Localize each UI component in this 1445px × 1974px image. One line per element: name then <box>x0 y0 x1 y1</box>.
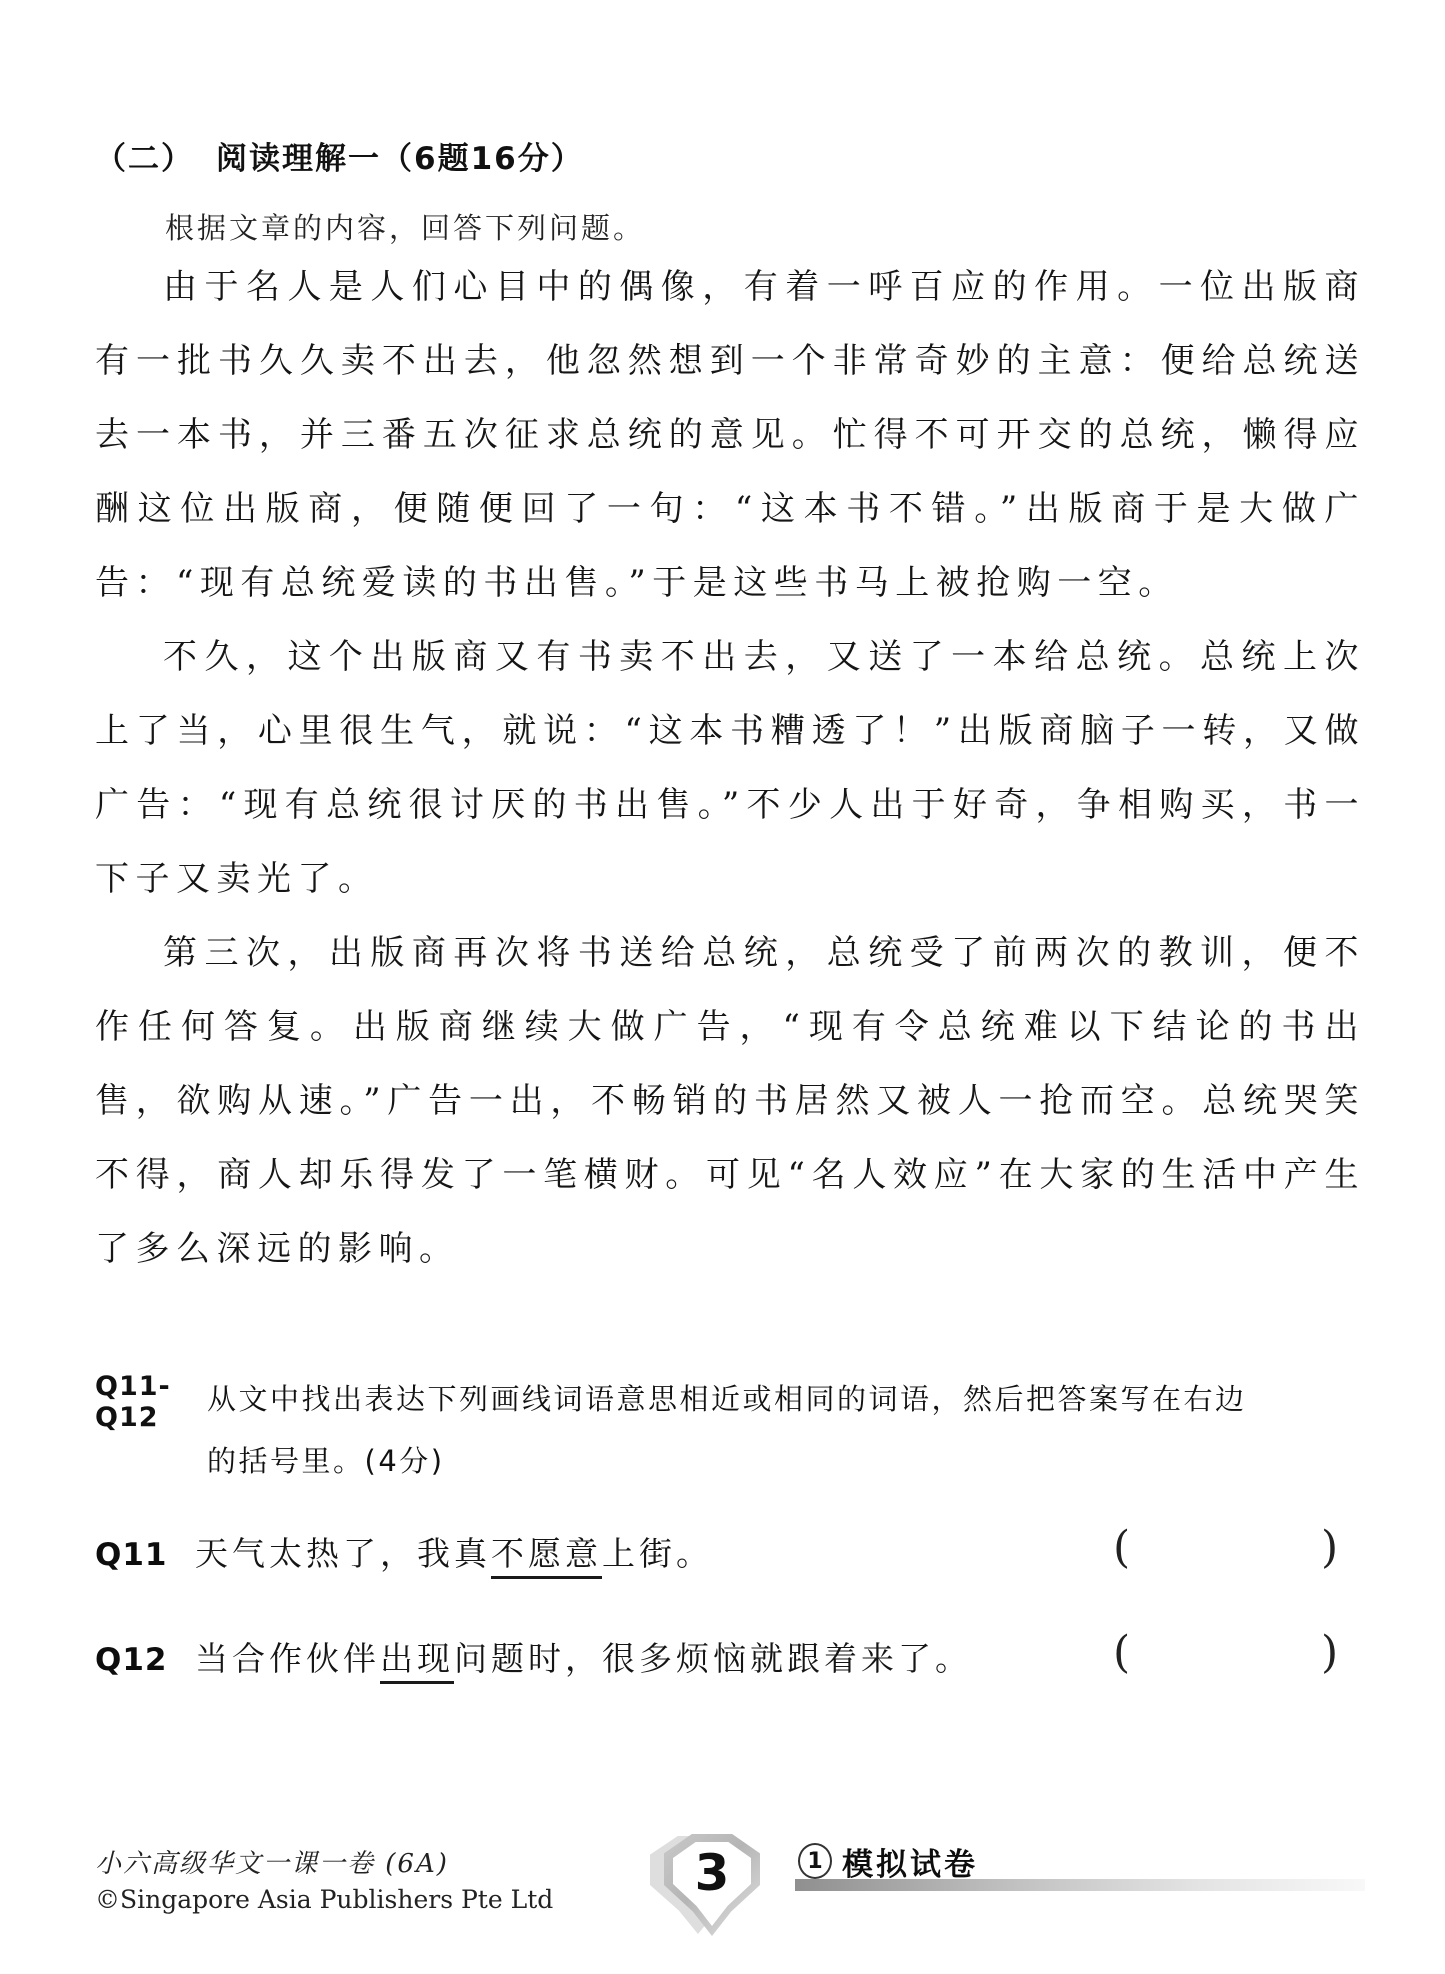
q11-underlined-word: 不愿意 <box>491 1534 602 1579</box>
section-instruction: 根据文章的内容，回答下列问题。 <box>165 206 645 247</box>
passage-paragraph: 不久，这个出版商又有书卖不出去，又送了一本给总统。总统上次上了当，心里很生气，就… <box>95 620 1365 916</box>
section-title: 阅读理解一（6题16分） <box>216 133 584 178</box>
q11-text-prefix: 天气太热了，我真 <box>195 1534 491 1573</box>
booklet-label: 模拟试卷 <box>842 1839 978 1884</box>
footer-series-title: 小六高级华文一课一卷 (6A) <box>95 1846 553 1882</box>
exam-page: { "document": { "section": { "label": "（… <box>0 0 1445 1974</box>
question-group-label: Q11-Q12 <box>95 1368 207 1433</box>
q12-answer-bracket-open: ( <box>1113 1627 1130 1678</box>
question-group-text-line2: 的括号里。(4分) <box>207 1430 1247 1492</box>
section-header: （二） 阅读理解一（6题16分） <box>95 133 584 178</box>
q12-text-suffix: 问题时，很多烦恼就跟着来了。 <box>454 1639 972 1678</box>
q11-answer-bracket-open: ( <box>1113 1522 1130 1573</box>
q11-label: Q11 <box>95 1537 195 1573</box>
q12-text-prefix: 当合作伙伴 <box>195 1639 380 1678</box>
q12-sentence: 当合作伙伴出现问题时，很多烦恼就跟着来了。 <box>195 1639 972 1684</box>
question-group-text: 从文中找出表达下列画线词语意思相近或相同的词语，然后把答案写在右边 的括号里。(… <box>207 1368 1247 1492</box>
section-number: （二） <box>95 133 194 178</box>
page-number: 3 <box>664 1844 760 1902</box>
passage-paragraph: 第三次，出版商再次将书送给总统，总统受了前两次的教训，便不作任何答复。出版商继续… <box>95 916 1365 1286</box>
page-number-badge: 3 <box>664 1834 760 1936</box>
question-group-text-line1: 从文中找出表达下列画线词语意思相近或相同的词语，然后把答案写在右边 <box>207 1368 1247 1430</box>
footer-series: 1 模拟试卷 <box>798 1841 978 1881</box>
question-group-instruction: Q11-Q12 从文中找出表达下列画线词语意思相近或相同的词语，然后把答案写在右… <box>95 1368 1375 1492</box>
circled-number-icon: 1 <box>798 1843 832 1879</box>
question-q11: Q11天气太热了，我真不愿意上街。 ( ) <box>95 1528 1365 1598</box>
q11-answer-bracket-close: ) <box>1321 1522 1338 1573</box>
q11-text-suffix: 上街。 <box>602 1534 713 1573</box>
reading-passage: 由于名人是人们心目中的偶像，有着一呼百应的作用。一位出版商有一批书久久卖不出去，… <box>95 250 1365 1286</box>
q11-sentence: 天气太热了，我真不愿意上街。 <box>195 1534 713 1579</box>
q12-answer-bracket-close: ) <box>1321 1627 1338 1678</box>
footer-left: 小六高级华文一课一卷 (6A) ©Singapore Asia Publishe… <box>95 1846 553 1918</box>
passage-paragraph: 由于名人是人们心目中的偶像，有着一呼百应的作用。一位出版商有一批书久久卖不出去，… <box>95 250 1365 620</box>
q12-label: Q12 <box>95 1642 195 1678</box>
q12-underlined-word: 出现 <box>380 1639 454 1684</box>
question-q12: Q12当合作伙伴出现问题时，很多烦恼就跟着来了。 ( ) <box>95 1633 1365 1703</box>
footer-copyright: ©Singapore Asia Publishers Pte Ltd <box>95 1882 553 1918</box>
